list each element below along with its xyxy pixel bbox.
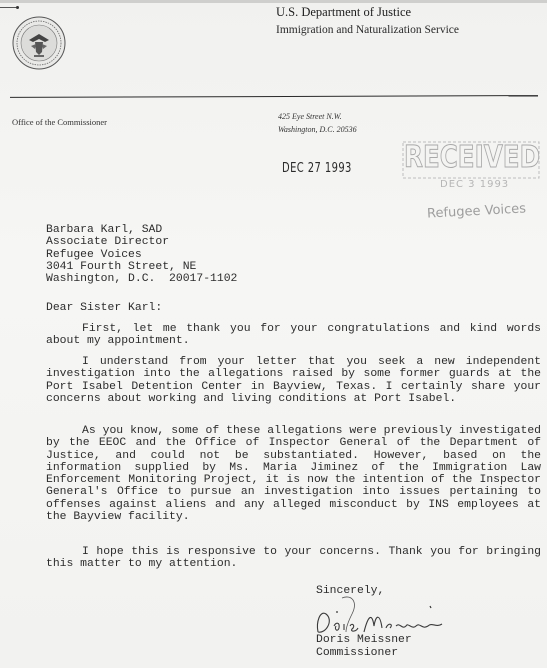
paragraph-4: I hope this is responsive to your concer… — [46, 546, 541, 571]
handwritten-signature — [312, 592, 482, 640]
fold-mark — [0, 7, 16, 8]
fold-mark-dot — [16, 6, 19, 9]
recipient-title: Associate Director — [46, 236, 237, 248]
department-name: U.S. Department of Justice — [276, 5, 411, 20]
recipient-name: Barbara Karl, SAD — [46, 224, 237, 236]
paragraph-3: As you know, some of these allegations w… — [46, 425, 541, 523]
recipient-block: Barbara Karl, SADAssociate DirectorRefug… — [46, 224, 237, 285]
scan-edge — [0, 0, 547, 3]
letter-page: U.S. Department of Justice Immigration a… — [0, 0, 547, 668]
paragraph-1: First, let me thank you for your congrat… — [46, 323, 541, 348]
address-street: 425 Eye Street N.W. — [278, 110, 357, 123]
letter-date: DEC 27 1993 — [282, 161, 352, 176]
signer-name: Doris Meissner — [316, 634, 412, 647]
recipient-org: Refugee Voices — [46, 249, 237, 261]
received-stamp: RECEIVED DEC 3 1993 Refugee Voices — [402, 140, 542, 220]
salutation: Dear Sister Karl: — [46, 302, 162, 314]
recipient-city: Washington, D.C. 20017-1102 — [46, 273, 237, 285]
address-city: Washington, D.C. 20536 — [278, 123, 357, 136]
stamp-date: DEC 3 1993 — [440, 179, 509, 190]
letterhead-rule — [10, 95, 538, 98]
stamp-organization: Refugee Voices — [427, 201, 527, 221]
office-address: 425 Eye Street N.W. Washington, D.C. 205… — [278, 110, 357, 136]
signer-title: Commissioner — [316, 647, 412, 660]
paragraph-2: I understand from your letter that you s… — [46, 356, 541, 405]
service-name: Immigration and Naturalization Service — [276, 24, 459, 36]
stamp-word: RECEIVED — [404, 140, 540, 175]
doj-seal-icon — [12, 16, 66, 70]
signer-block: Doris Meissner Commissioner — [316, 634, 412, 660]
recipient-street: 3041 Fourth Street, NE — [46, 261, 237, 273]
office-name: Office of the Commissioner — [12, 117, 107, 127]
